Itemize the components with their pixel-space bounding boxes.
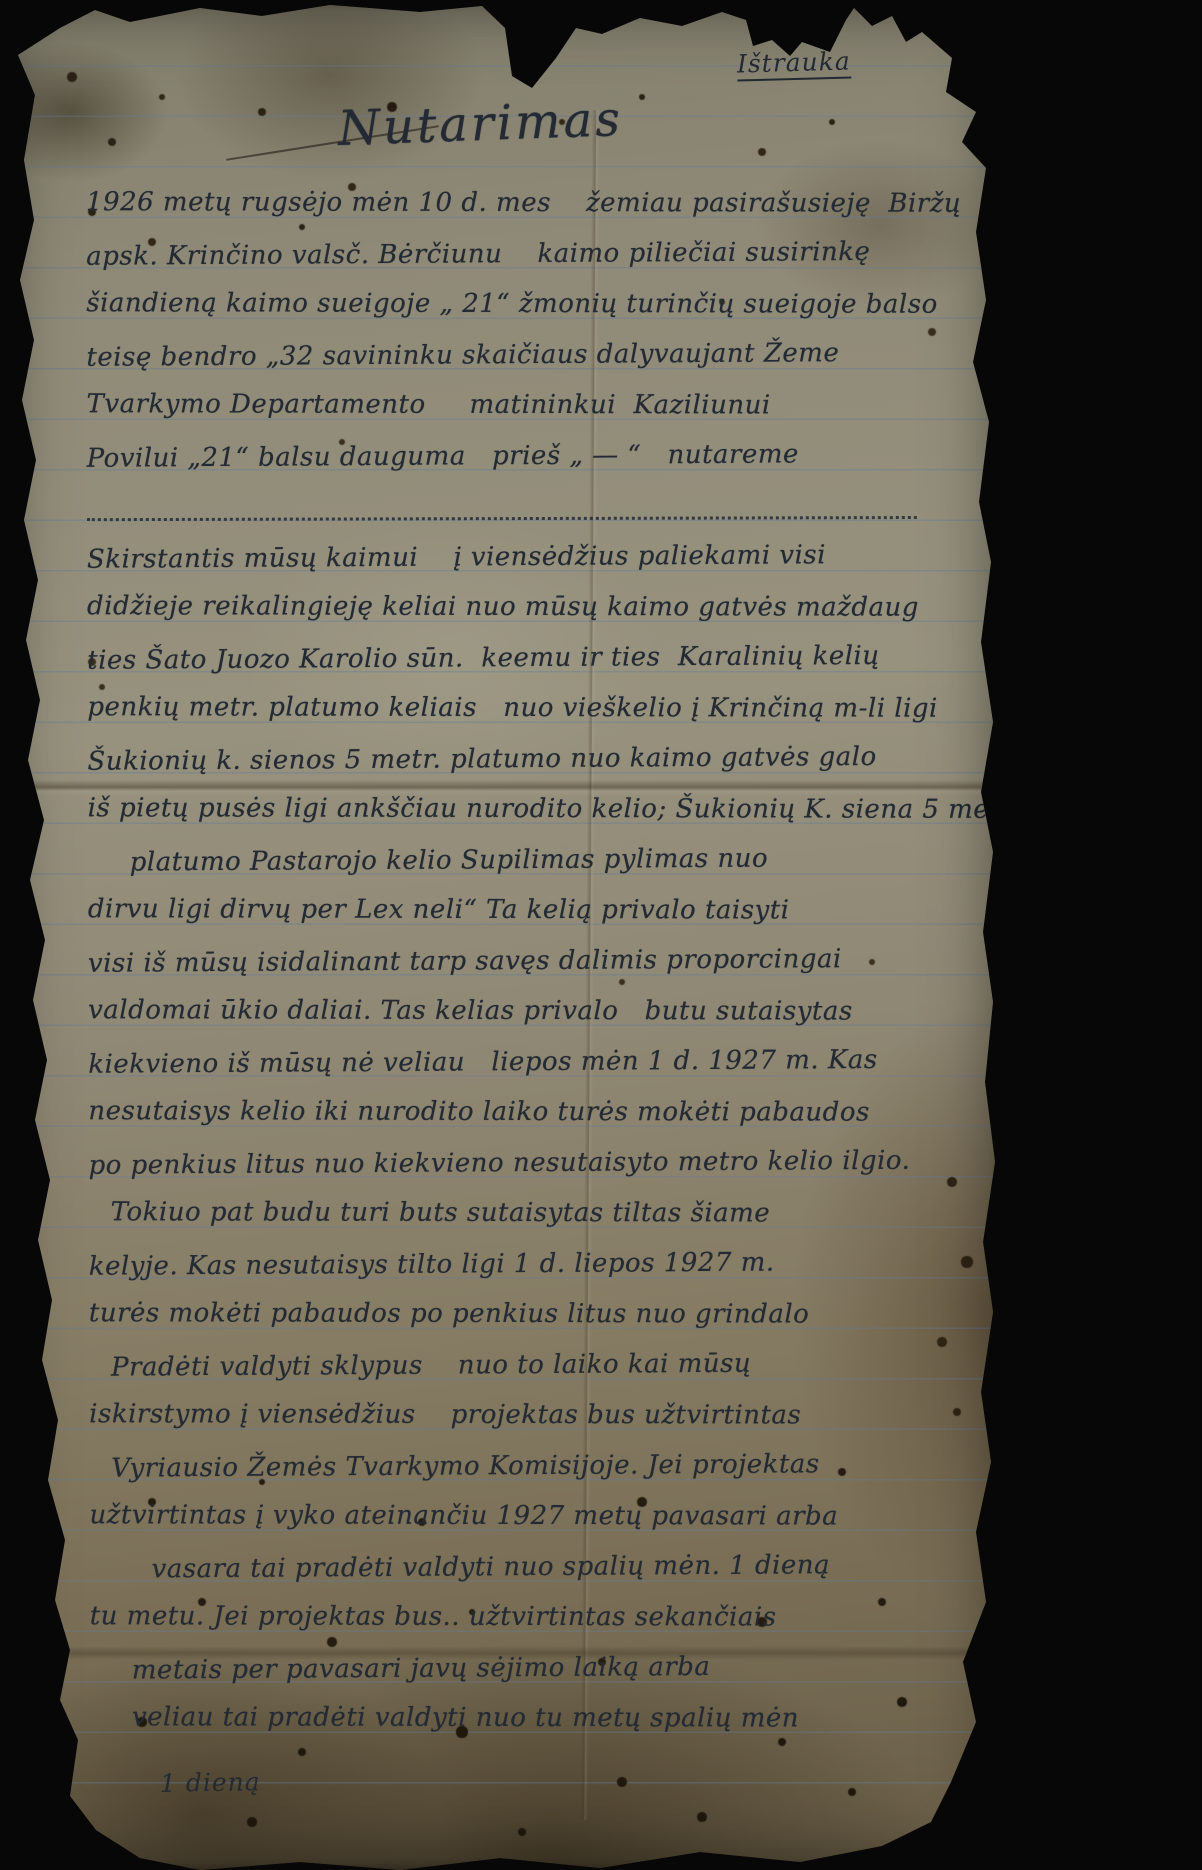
manuscript-line: iskirstymo į viensėdžius projektas bus u… — [89, 1389, 989, 1441]
manuscript-line: Povilui „21“ balsu dauguma prieš „ — “ n… — [87, 428, 987, 484]
manuscript-line: platumo Pastarojo kelio Supilimas pylima… — [88, 832, 988, 888]
manuscript-line: dirvu ligi dirvų per Lex neli“ Ta kelią … — [88, 884, 988, 936]
manuscript-line: visi iš mūsų isidalinant tarp savęs dali… — [88, 933, 988, 989]
manuscript-line: penkių metr. platumo keliais nuo vieškel… — [87, 682, 987, 734]
manuscript-line: Skirstantis mūsų kaimui į viensėdžius pa… — [87, 529, 987, 585]
manuscript-line: tu metu. Jei projektas bus.. užtvirtinta… — [90, 1591, 990, 1643]
manuscript-line: Tvarkymo Departamento matininkui Kaziliu… — [87, 379, 987, 431]
manuscript-line: didžieje reikalingieję keliai nuo mūsų k… — [87, 581, 987, 633]
manuscript-line: iš pietų pusės ligi ankščiau nurodito ke… — [88, 783, 988, 835]
manuscript-line: turės mokėti pabaudos po penkius litus n… — [89, 1288, 989, 1340]
manuscript-line: ties Šato Juozo Karolio sūn. keemu ir ti… — [87, 630, 987, 686]
manuscript-line: Tokiuo pat budu turi buts sutaisytas til… — [89, 1187, 989, 1239]
manuscript-line: kelyje. Kas nesutaisys tilto ligi 1 d. l… — [89, 1236, 989, 1292]
manuscript-line: valdomai ūkio daliai. Tas kelias privalo… — [88, 985, 988, 1037]
manuscript-line: Pradėti valdyti sklypus nuo to laiko kai… — [89, 1337, 989, 1393]
manuscript-line: užtvirtintas į vyko ateinančiu 1927 metų… — [89, 1490, 989, 1542]
ink-speckles — [0, 0, 4, 4]
manuscript-line: nesutaisys kelio iki nurodito laiko turė… — [88, 1086, 988, 1138]
manuscript-line: metais per pavasari javų sėjimo laiką ar… — [90, 1640, 990, 1696]
manuscript-line: 1926 metų rugsėjo mėn 10 d. mes žemiau p… — [86, 177, 986, 229]
manuscript-line: Vyriausio Žemės Tvarkymo Komisijoje. Jei… — [89, 1438, 989, 1494]
manuscript-line: po penkius litus nuo kiekvieno nesutaisy… — [88, 1135, 988, 1191]
manuscript-line: veliau tai pradėti valdyti nuo tu metų s… — [90, 1692, 990, 1744]
manuscript-line: apsk. Krinčino valsč. Bėrčiunu kaimo pil… — [86, 226, 986, 282]
manuscript-line: šiandieną kaimo sueigoje „ 21“ žmonių tu… — [86, 278, 986, 330]
manuscript-line: kiekvieno iš mūsų nė veliau liepos mėn 1… — [88, 1034, 988, 1090]
manuscript-line: teisę bendro „32 savininku skaičiaus dal… — [86, 327, 986, 383]
document-title: Nutarimas — [337, 91, 624, 157]
paper-sheet: Ištrauka Nutarimas 1926 metų rugsėjo mėn… — [0, 0, 1000, 1870]
handwriting-block: 1926 metų rugsėjo mėn 10 d. mes žemiau p… — [86, 177, 990, 1745]
scanned-document: Ištrauka Nutarimas 1926 metų rugsėjo mėn… — [0, 0, 1202, 1870]
dotted-separator — [87, 480, 987, 533]
footer-line: 1 dieną — [160, 1767, 261, 1798]
manuscript-line: Šukionių k. sienos 5 metr. platumo nuo k… — [87, 731, 987, 787]
annotation-istrauka: Ištrauka — [737, 47, 852, 82]
manuscript-line: vasara tai pradėti valdyti nuo spalių mė… — [89, 1539, 989, 1595]
